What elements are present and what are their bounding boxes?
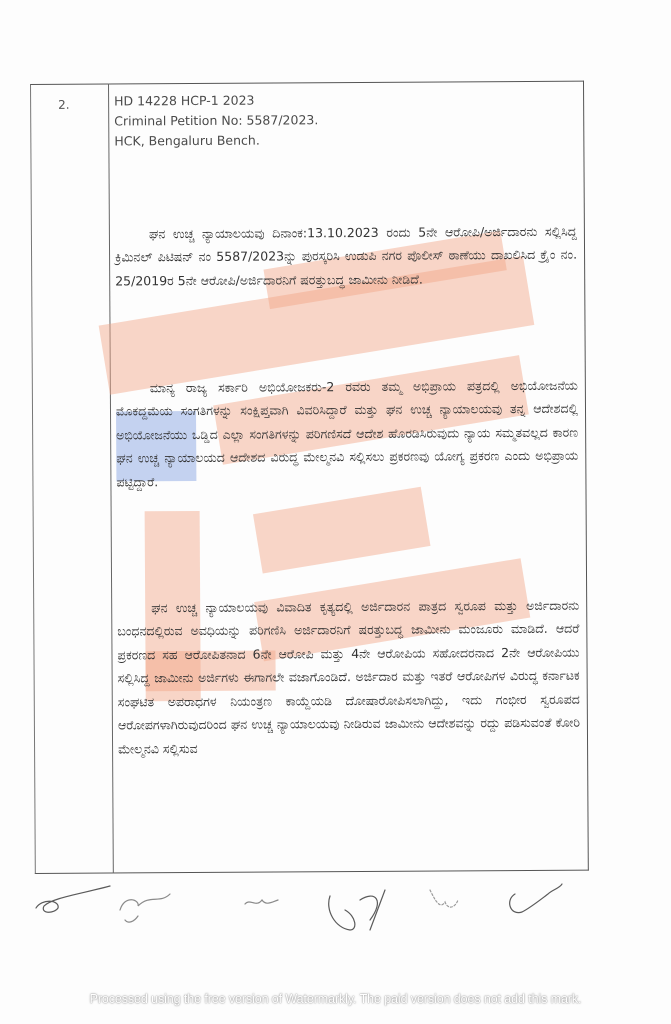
watermark-text: Processed using the free version of Wate…	[0, 992, 671, 1006]
paragraph-1: ಘನ ಉಚ್ಚ ನ್ಯಾಯಾಲಯವು ದಿನಾಂಕ:13.10.2023 ರಂದ…	[115, 219, 577, 292]
signatures-row	[0, 880, 671, 960]
document-table: 2. HD 14228 HCP-1 2023 Criminal Petition…	[30, 81, 589, 874]
signature-4	[329, 890, 385, 930]
signature-5	[430, 890, 458, 907]
petition-number: Criminal Petition No: 5587/2023.	[114, 109, 574, 132]
signature-scribbles	[0, 880, 671, 960]
signature-6	[510, 884, 562, 913]
signature-3	[245, 900, 278, 904]
serial-number: 2.	[58, 98, 70, 112]
signature-2	[120, 894, 170, 922]
paragraph-2: ಮಾನ್ಯ ರಾಜ್ಯ ಸರ್ಕಾರಿ ಅಭಿಯೋಜಕರು-2 ರವರು ತಮ್…	[116, 373, 579, 493]
signature-1	[36, 886, 110, 912]
document-content: HD 14228 HCP-1 2023 Criminal Petition No…	[114, 89, 574, 152]
scanned-document-page: 2. HD 14228 HCP-1 2023 Criminal Petition…	[0, 0, 671, 1024]
paragraph-3: ಘನ ಉಚ್ಚ ನ್ಯಾಯಾಲಯವು ವಿವಾದಿತ ಕೃತ್ಯದಲ್ಲಿ ಅರ…	[117, 593, 580, 760]
case-reference: HD 14228 HCP-1 2023	[114, 89, 574, 112]
court-bench: HCK, Bengaluru Bench.	[114, 129, 574, 152]
